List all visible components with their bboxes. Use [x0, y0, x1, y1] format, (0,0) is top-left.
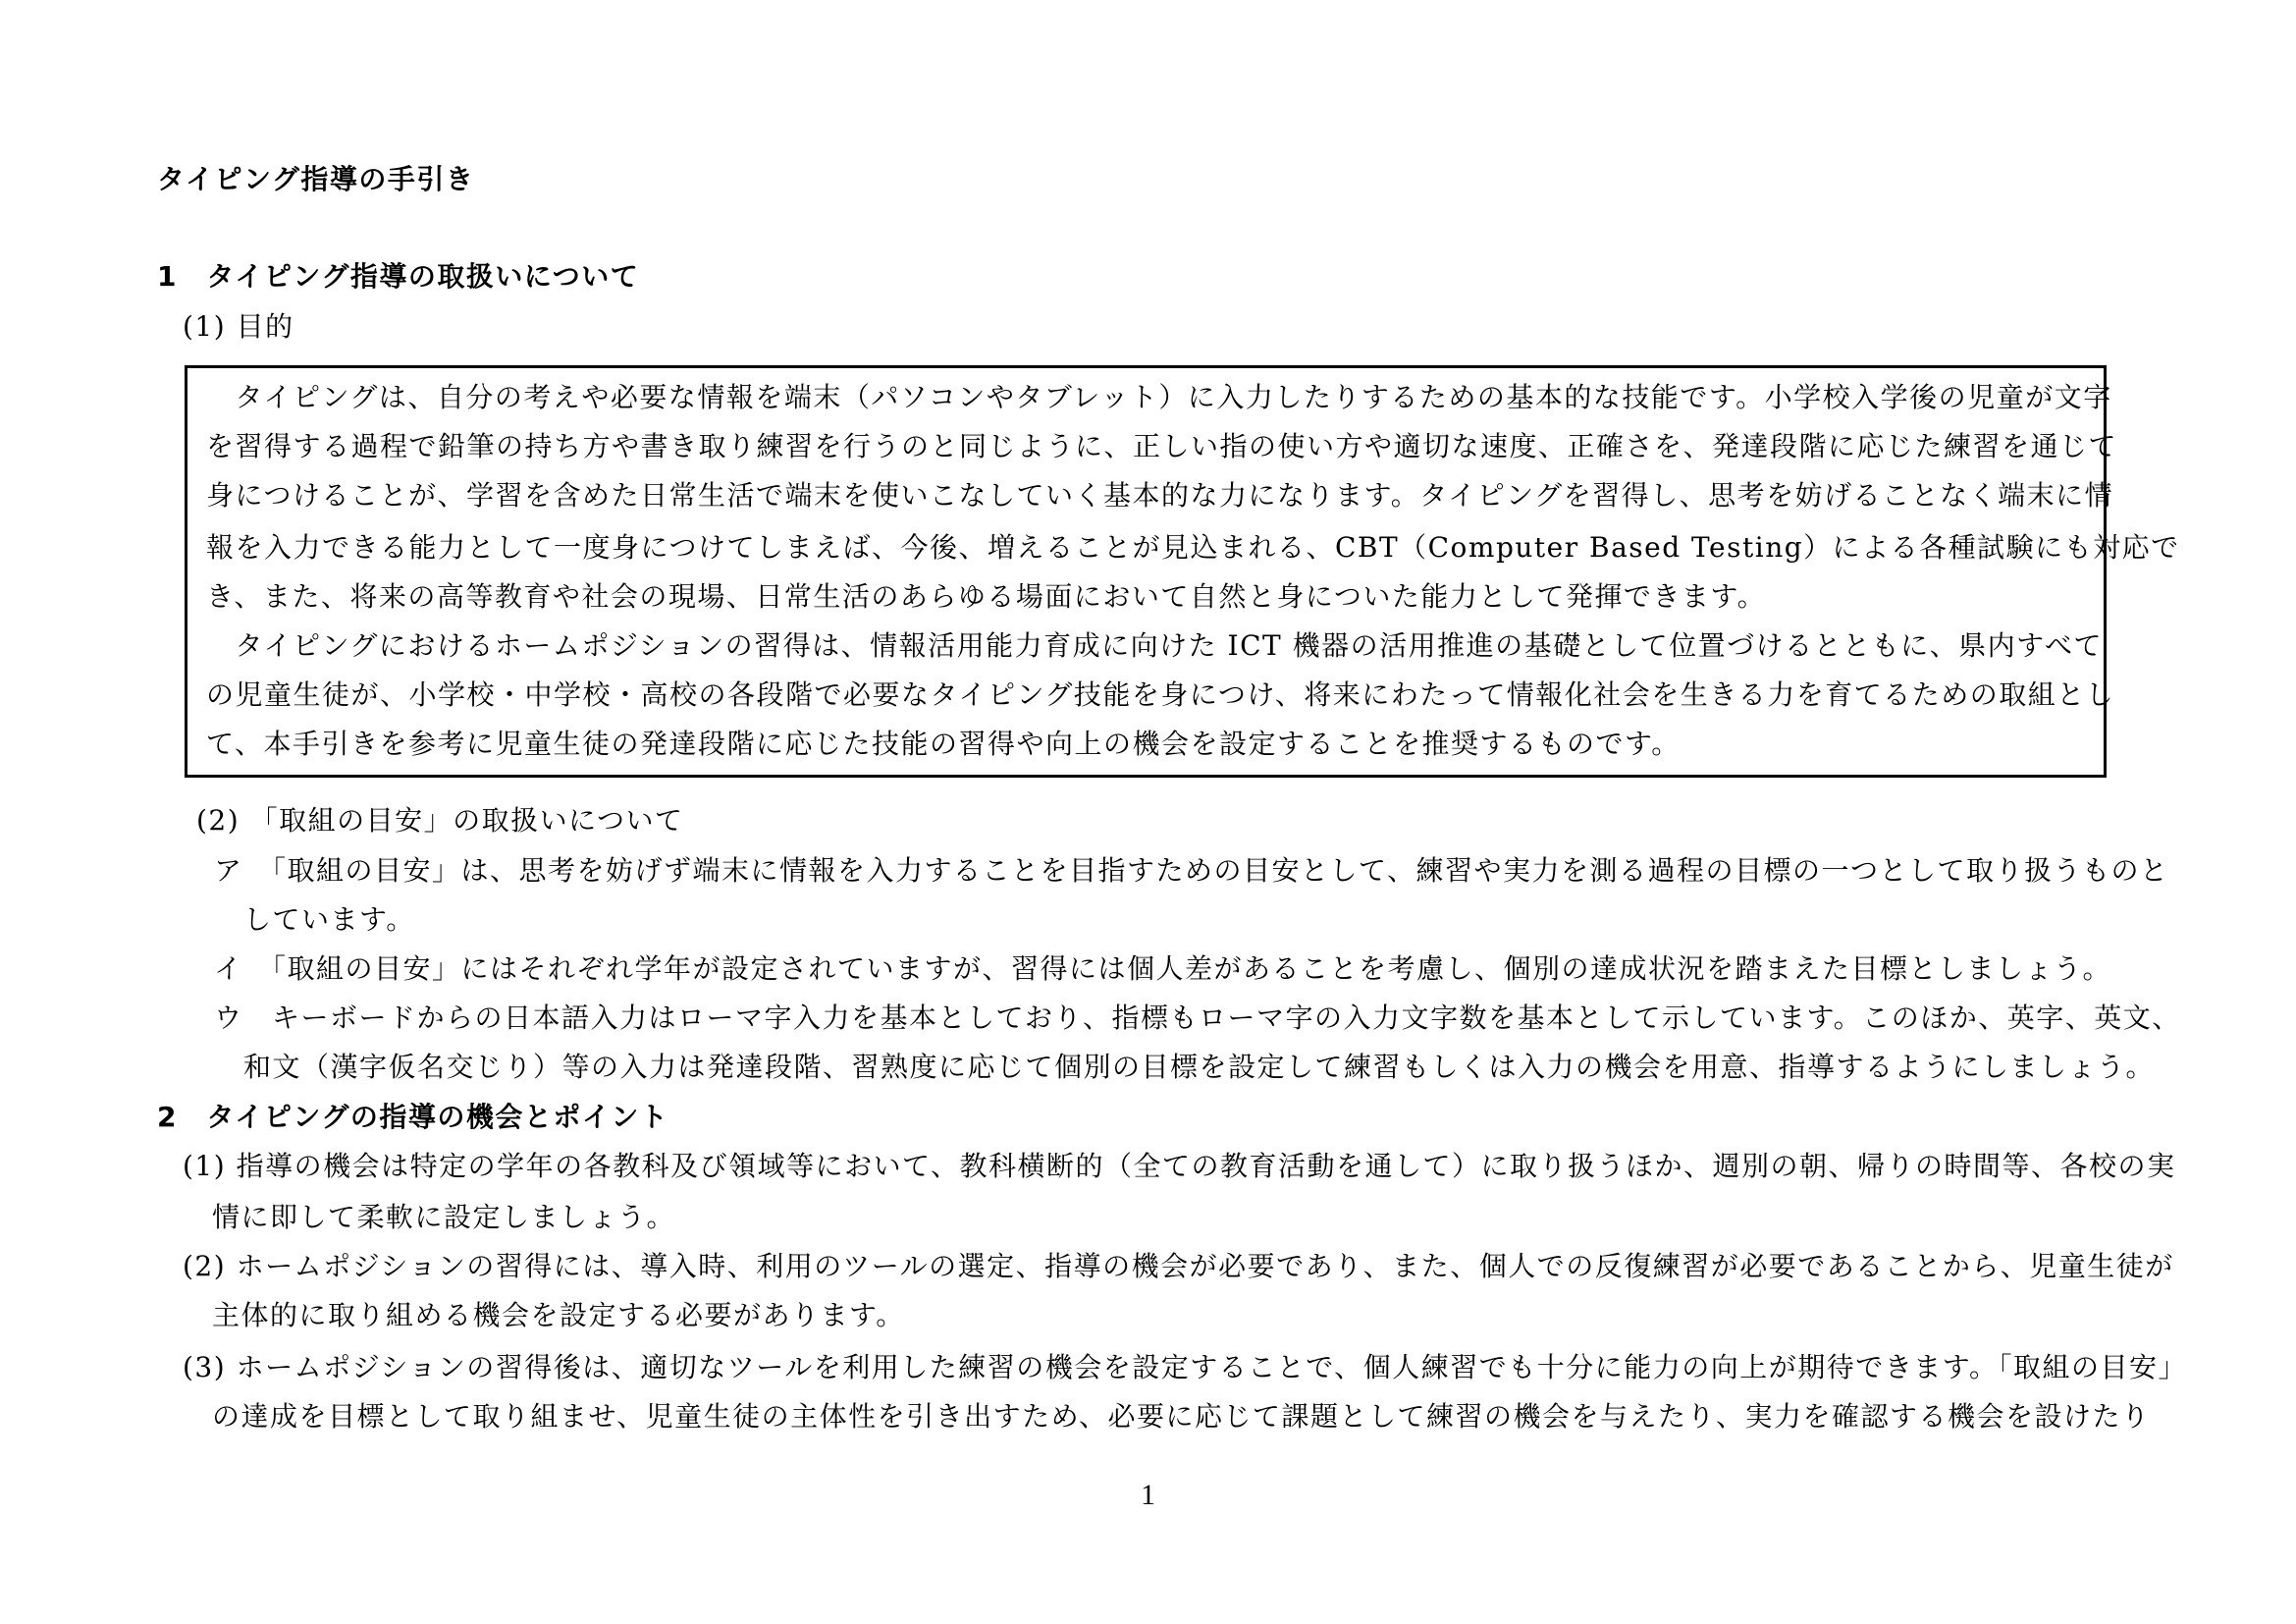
- section-2-1: (1) 指導の機会は特定の学年の各教科及び領域等において、教科横断的（全ての教育…: [183, 1150, 2176, 1183]
- purpose-box: [185, 365, 2107, 778]
- purpose-line: 報を入力できる能力として一度身につけてしまえば、今後、増えることが見込まれる、C…: [206, 531, 2180, 565]
- purpose-line: 身につけることが、学習を含めた日常生活で端末を使いこなしていく基本的な力になりま…: [206, 479, 2113, 513]
- purpose-line: タイピングは、自分の考えや必要な情報を端末（パソコンやタブレット）に入力したりす…: [206, 381, 2112, 414]
- purpose-line: き、また、将来の高等教育や社会の現場、日常生活のあらゆる場面において自然と身につ…: [206, 580, 1766, 614]
- purpose-line: タイピングにおけるホームポジションの習得は、情報活用能力育成に向けた ICT 機…: [206, 629, 2103, 663]
- purpose-line: の児童生徒が、小学校・中学校・高校の各段階で必要なタイピング技能を身につけ、将来…: [206, 678, 2114, 712]
- document-title: タイピング指導の手引き: [157, 163, 474, 196]
- item-u: ウ キーボードからの日本語入力はローマ字入力を基本としており、指標もローマ字の入…: [214, 1001, 2181, 1035]
- section-2-2-cont: 主体的に取り組める機会を設定する必要があります。: [212, 1299, 905, 1332]
- section-1-1-heading: (1) 目的: [183, 310, 294, 344]
- item-i: イ 「取組の目安」にはそれぞれ学年が設定されていますが、習得には個人差があること…: [214, 952, 2111, 986]
- section-1-2-heading: (2) 「取組の目安」の取扱いについて: [196, 804, 684, 838]
- section-2-2: (2) ホームポジションの習得には、導入時、利用のツールの選定、指導の機会が必要…: [183, 1250, 2174, 1283]
- purpose-line: て、本手引きを参考に児童生徒の発達段階に応じた技能の習得や向上の機会を設定するこ…: [206, 728, 1681, 761]
- section-1-heading: 1 タイピング指導の取扱いについて: [157, 260, 639, 294]
- item-u-cont: 和文（漢字仮名交じり）等の入力は発達段階、習熟度に応じて個別の目標を設定して練習…: [243, 1051, 2155, 1084]
- item-a: ア 「取組の目安」は、思考を妨げず端末に情報を入力することを目指すための目安とし…: [214, 854, 2168, 888]
- section-2-heading: 2 タイピングの指導の機会とポイント: [157, 1101, 668, 1134]
- purpose-line: を習得する過程で鉛筆の持ち方や書き取り練習を行うのと同じように、正しい指の使い方…: [206, 430, 2117, 463]
- section-2-3: (3) ホームポジションの習得後は、適切なツールを利用した練習の機会を設定するこ…: [183, 1351, 2187, 1384]
- section-2-1-cont: 情に即して柔軟に設定しましょう。: [212, 1201, 675, 1234]
- item-a-cont: しています。: [243, 903, 415, 937]
- page-number: 1: [1141, 1479, 1155, 1512]
- section-2-3-cont: の達成を目標として取り組ませ、児童生徒の主体性を引き出すため、必要に応じて課題と…: [212, 1400, 2151, 1434]
